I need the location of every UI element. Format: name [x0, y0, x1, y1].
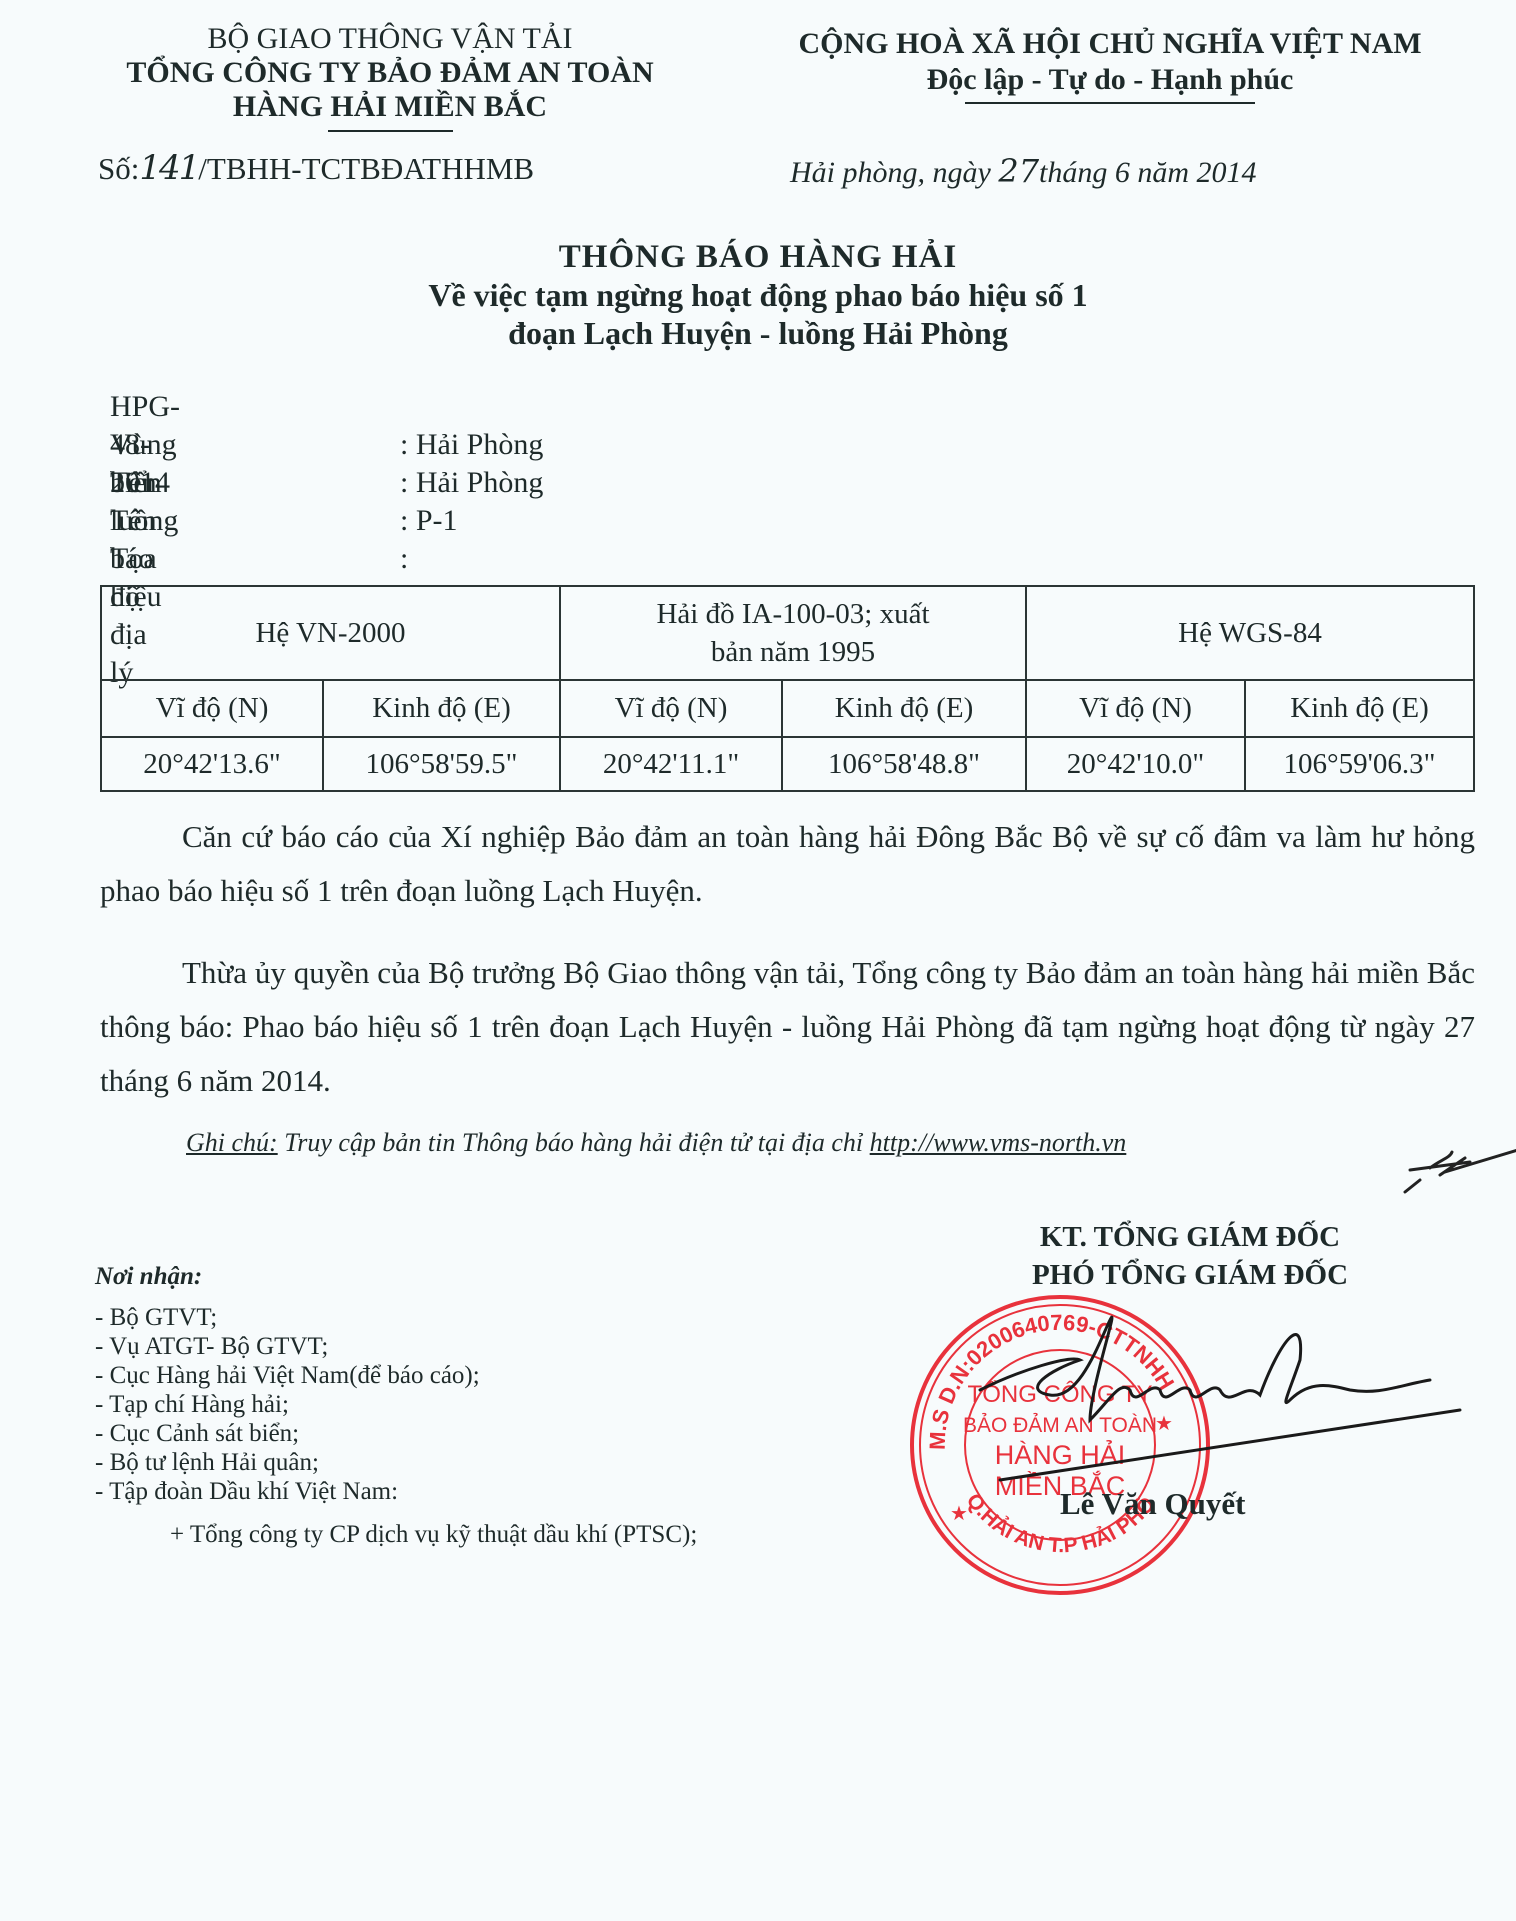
- handwritten-number: 141: [139, 148, 198, 188]
- recipient-item: - Bộ tư lệnh Hải quân;: [95, 1448, 697, 1477]
- system-header: Hải đồ IA-100-03; xuất bản năm 1995: [560, 586, 1026, 680]
- recipient-item: - Cục Cảnh sát biển;: [95, 1419, 697, 1448]
- column-header: Vĩ độ (N): [1026, 680, 1245, 737]
- table-cell: 20°42'10.0": [1026, 737, 1245, 791]
- title-main: THÔNG BÁO HÀNG HẢI: [0, 238, 1516, 276]
- signature-title-line1: KT. TỔNG GIÁM ĐỐC: [940, 1218, 1440, 1256]
- signature-title: KT. TỔNG GIÁM ĐỐC PHÓ TỔNG GIÁM ĐỐC: [940, 1218, 1440, 1294]
- field-value: : Hải Phòng: [400, 426, 543, 464]
- table-cell: 106°59'06.3": [1245, 737, 1474, 791]
- table-row: 20°42'13.6" 106°58'59.5" 20°42'11.1" 106…: [101, 737, 1474, 791]
- recipient-item: - Cục Hàng hải Việt Nam(để báo cáo);: [95, 1361, 697, 1390]
- body-paragraph-announcement: Thừa ủy quyền của Bộ trưởng Bộ Giao thôn…: [100, 946, 1475, 1108]
- column-header: Kinh độ (E): [782, 680, 1026, 737]
- column-header: Kinh độ (E): [1245, 680, 1474, 737]
- field-value: : Hải Phòng: [400, 464, 543, 502]
- recipients-heading: Nơi nhận:: [95, 1262, 697, 1291]
- handwritten-signature-icon: [960, 1300, 1500, 1500]
- issuing-authority: BỘ GIAO THÔNG VẬN TẢI TỔNG CÔNG TY BẢO Đ…: [60, 22, 720, 132]
- header-divider: [328, 130, 453, 132]
- document-number-prefix: Số:: [98, 151, 139, 186]
- signature-title-line2: PHÓ TỔNG GIÁM ĐỐC: [940, 1256, 1440, 1294]
- recipient-item: - Tạp chí Hàng hải;: [95, 1390, 697, 1419]
- system-header: Hệ VN-2000: [101, 586, 560, 680]
- column-header: Kinh độ (E): [323, 680, 560, 737]
- title-subject-line2: đoạn Lạch Huyện - luồng Hải Phòng: [0, 314, 1516, 352]
- recipients-list: Nơi nhận: - Bộ GTVT; - Vụ ATGT- Bộ GTVT;…: [95, 1262, 697, 1549]
- recipient-item: - Bộ GTVT;: [95, 1303, 697, 1332]
- title-subject-line1: Về việc tạm ngừng hoạt động phao báo hiệ…: [0, 276, 1516, 314]
- field-value: :: [400, 540, 408, 578]
- table-cell: 20°42'13.6": [101, 737, 323, 791]
- system-header-line1: Hải đồ IA-100-03; xuất: [561, 595, 1025, 633]
- signer-name: Lê Văn Quyết: [1060, 1486, 1245, 1522]
- paragraph-text: Thừa ủy quyền của Bộ trưởng Bộ Giao thôn…: [100, 955, 1475, 1098]
- ministry-name: BỘ GIAO THÔNG VẬN TẢI: [60, 22, 720, 56]
- date-suffix: tháng 6 năm 2014: [1039, 156, 1257, 189]
- table-cell: 106°58'59.5": [323, 737, 560, 791]
- note-label: Ghi chú:: [186, 1128, 278, 1157]
- website-link[interactable]: http://www.vms-north.vn: [870, 1128, 1127, 1157]
- field-value: : P-1: [400, 502, 458, 540]
- organization-name-line2: HÀNG HẢI MIỀN BẮC: [60, 90, 720, 124]
- national-motto: Độc lập - Tự do - Hạnh phúc: [730, 62, 1490, 98]
- notice-title: THÔNG BÁO HÀNG HẢI Về việc tạm ngừng hoạ…: [0, 238, 1516, 352]
- column-header: Vĩ độ (N): [560, 680, 782, 737]
- coordinates-table: Hệ VN-2000 Hải đồ IA-100-03; xuất bản nă…: [100, 585, 1475, 792]
- body-paragraph-basis: Căn cứ báo cáo của Xí nghiệp Bảo đảm an …: [100, 810, 1475, 918]
- system-header-line2: bản năm 1995: [561, 633, 1025, 671]
- note-text: Truy cập bản tin Thông báo hàng hải điện…: [278, 1128, 870, 1157]
- document-number: Số:141/TBHH-TCTBĐATHHMB: [98, 148, 534, 188]
- issue-date: Hải phòng, ngày 27tháng 6 năm 2014: [790, 152, 1257, 190]
- paragraph-text: Căn cứ báo cáo của Xí nghiệp Bảo đảm an …: [100, 819, 1475, 908]
- svg-text:★: ★: [950, 1503, 968, 1525]
- table-subheader-row: Vĩ độ (N) Kinh độ (E) Vĩ độ (N) Kinh độ …: [101, 680, 1474, 737]
- date-prefix: Hải phòng, ngày: [790, 156, 998, 189]
- handwritten-day: 27: [998, 152, 1039, 190]
- recipient-item: - Tập đoàn Dầu khí Việt Nam:: [95, 1477, 697, 1506]
- country-name: CỘNG HOÀ XÃ HỘI CHỦ NGHĨA VIỆT NAM: [730, 26, 1490, 62]
- note-line: Ghi chú: Truy cập bản tin Thông báo hàng…: [186, 1128, 1126, 1158]
- organization-name-line1: TỔNG CÔNG TY BẢO ĐẢM AN TOÀN: [60, 56, 720, 90]
- table-cell: 20°42'11.1": [560, 737, 782, 791]
- initials-mark-icon: [1390, 1140, 1516, 1200]
- table-cell: 106°58'48.8": [782, 737, 1026, 791]
- column-header: Vĩ độ (N): [101, 680, 323, 737]
- national-header: CỘNG HOÀ XÃ HỘI CHỦ NGHĨA VIỆT NAM Độc l…: [730, 26, 1490, 104]
- document-number-suffix: /TBHH-TCTBĐATHHMB: [198, 151, 534, 186]
- system-header: Hệ WGS-84: [1026, 586, 1474, 680]
- recipient-item: - Vụ ATGT- Bộ GTVT;: [95, 1332, 697, 1361]
- recipient-subitem: + Tổng công ty CP dịch vụ kỹ thuật dầu k…: [95, 1520, 697, 1549]
- motto-divider: [965, 102, 1255, 104]
- table-header-row: Hệ VN-2000 Hải đồ IA-100-03; xuất bản nă…: [101, 586, 1474, 680]
